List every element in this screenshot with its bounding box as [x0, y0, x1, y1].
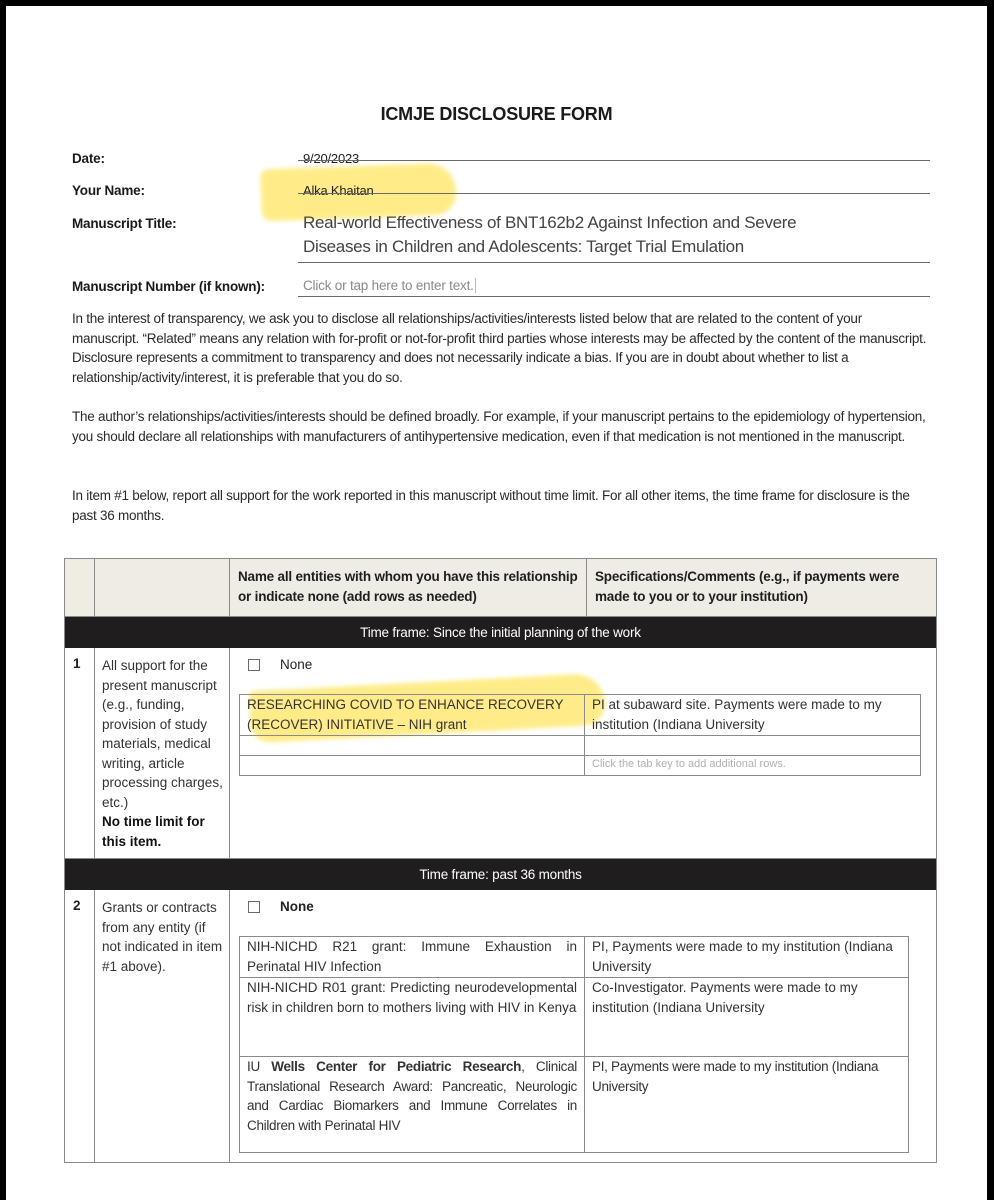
entity-bold: Wells Center for Pediatric Research — [271, 1059, 521, 1074]
entity-prefix: IU — [247, 1059, 271, 1074]
entry-row: IU Wells Center for Pediatric Research, … — [240, 1057, 909, 1153]
none-checkbox[interactable] — [248, 659, 260, 671]
entry-spec[interactable]: PI, Payments were made to my institution… — [585, 937, 909, 978]
name-field[interactable]: Alka Khaitan — [303, 183, 374, 198]
item-description-note: No time limit for this item. — [102, 812, 223, 851]
item-number: 1 — [65, 648, 95, 858]
header-specifications: Specifications/Comments (e.g., if paymen… — [587, 559, 936, 616]
entry-row: NIH-NICHD R01 grant: Predicting neurodev… — [240, 978, 909, 1057]
entry-entity[interactable]: IU Wells Center for Pediatric Research, … — [240, 1057, 585, 1153]
manuscript-number-field[interactable]: Click or tap here to enter text. — [303, 278, 476, 293]
entry-row: RESEARCHING COVID TO ENHANCE RECOVERY (R… — [240, 695, 921, 736]
table-row-item-2: 2 Grants or contracts from any entity (i… — [65, 890, 936, 1162]
name-label: Your Name: — [72, 183, 145, 198]
item-2-entries-table: NIH-NICHD R21 grant: Immune Exhaustion i… — [239, 936, 909, 1153]
manuscript-number-label: Manuscript Number (if known): — [72, 279, 265, 294]
entry-row — [240, 736, 921, 756]
time-frame-band-1: Time frame: Since the initial planning o… — [65, 617, 936, 648]
item-description: All support for the present manuscript (… — [95, 648, 230, 858]
item-description: Grants or contracts from any entity (if … — [95, 890, 230, 1162]
entry-entity[interactable] — [240, 736, 585, 756]
date-label: Date: — [72, 151, 105, 166]
header-entities: Name all entities with whom you have thi… — [230, 559, 587, 616]
form-title: ICMJE DISCLOSURE FORM — [6, 104, 987, 125]
entry-spec[interactable]: PI, Payments were made to my institution… — [585, 1057, 909, 1153]
document-page: ICMJE DISCLOSURE FORM Date: 9/20/2023 Yo… — [6, 6, 987, 1200]
entry-spec[interactable] — [585, 736, 921, 756]
manuscript-number-underline — [298, 296, 930, 297]
item-1-entries-table: RESEARCHING COVID TO ENHANCE RECOVERY (R… — [239, 694, 921, 776]
add-rows-hint[interactable]: Click the tab key to add additional rows… — [585, 756, 921, 776]
entry-entity[interactable]: RESEARCHING COVID TO ENHANCE RECOVERY (R… — [240, 695, 585, 736]
entry-entity[interactable]: NIH-NICHD R21 grant: Immune Exhaustion i… — [240, 937, 585, 978]
name-underline — [298, 193, 930, 194]
manuscript-title-label: Manuscript Title: — [72, 216, 176, 231]
item-description-text: All support for the present manuscript (… — [102, 658, 223, 810]
none-label: None — [280, 899, 314, 914]
item-number: 2 — [65, 890, 95, 1162]
manuscript-title-field[interactable]: Real-world Effectiveness of BNT162b2 Aga… — [303, 211, 796, 259]
entry-entity[interactable] — [240, 756, 585, 776]
entry-row: Click the tab key to add additional rows… — [240, 756, 921, 776]
disclosure-table: Name all entities with whom you have thi… — [64, 558, 937, 1163]
entry-spec[interactable]: Co-Investigator. Payments were made to m… — [585, 978, 909, 1057]
entry-spec[interactable]: PI at subaward site. Payments were made … — [585, 695, 921, 736]
time-frame-band-2: Time frame: past 36 months — [65, 859, 936, 890]
intro-paragraph-2: The author’s relationships/activities/in… — [72, 407, 932, 446]
manuscript-title-line-2: Diseases in Children and Adolescents: Ta… — [303, 235, 796, 259]
none-checkbox[interactable] — [248, 901, 260, 913]
none-option[interactable]: None — [248, 899, 314, 914]
table-row-item-1: 1 All support for the present manuscript… — [65, 648, 936, 859]
item-1-entries: None RESEARCHING COVID TO ENHANCE RECOVE… — [230, 648, 936, 858]
intro-paragraph-3: In item #1 below, report all support for… — [72, 486, 932, 525]
manuscript-title-underline — [298, 262, 930, 263]
none-label: None — [280, 657, 312, 672]
entry-entity[interactable]: NIH-NICHD R01 grant: Predicting neurodev… — [240, 978, 585, 1057]
date-underline — [298, 160, 930, 161]
entry-row: NIH-NICHD R21 grant: Immune Exhaustion i… — [240, 937, 909, 978]
date-field[interactable]: 9/20/2023 — [303, 151, 359, 166]
manuscript-title-line-1: Real-world Effectiveness of BNT162b2 Aga… — [303, 211, 796, 235]
item-2-entries: None NIH-NICHD R21 grant: Immune Exhaust… — [230, 890, 936, 1162]
none-option[interactable]: None — [248, 657, 312, 672]
header-description-cell — [95, 559, 230, 616]
table-header: Name all entities with whom you have thi… — [65, 559, 936, 617]
intro-paragraph-1: In the interest of transparency, we ask … — [72, 309, 932, 387]
header-number-cell — [65, 559, 95, 616]
